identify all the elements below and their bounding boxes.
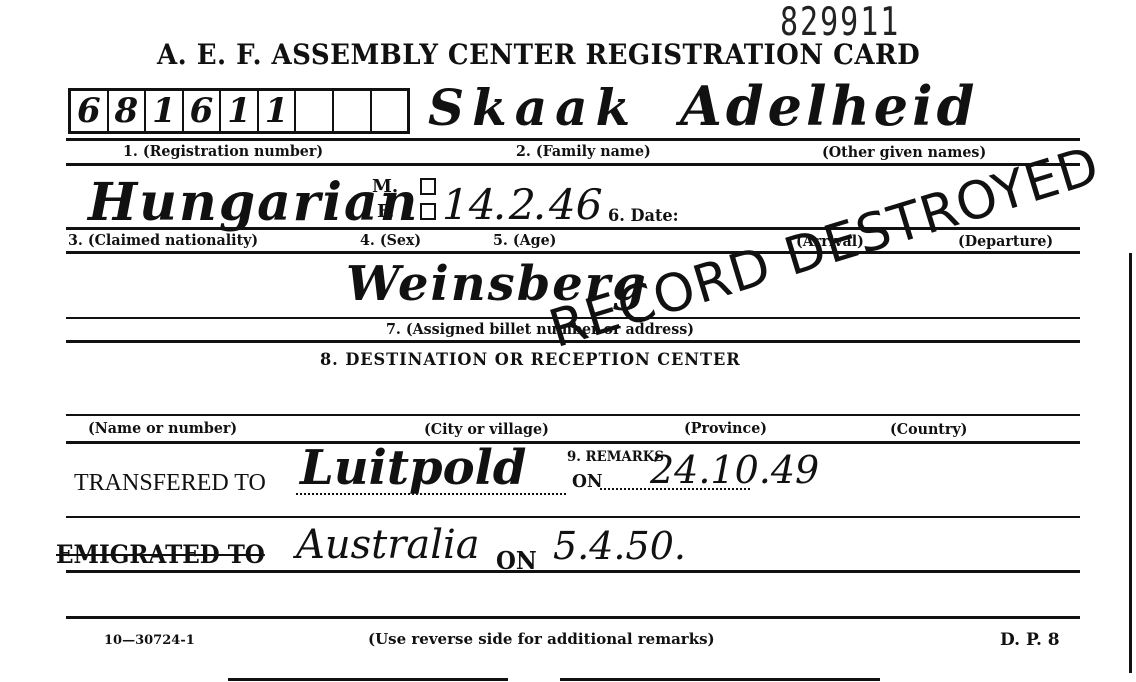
sex-m-label: M.: [372, 176, 398, 197]
reg-digit: 6: [184, 91, 222, 131]
sex-male-checkbox[interactable]: [420, 178, 436, 195]
age-value: 14.2.46: [437, 180, 608, 229]
family-name-value: Skaak: [428, 78, 638, 137]
transferred-to-label: TRANSFERED TO: [74, 470, 266, 497]
nationality-value: Hungarian: [88, 172, 419, 233]
transferred-to-value: Luitpold: [300, 440, 526, 496]
divider: [66, 138, 1080, 141]
card-edge: [1129, 253, 1132, 673]
destination-heading: 8. DESTINATION OR RECEPTION CENTER: [320, 350, 741, 370]
reg-digit: 6: [71, 91, 109, 131]
family-name-label: 2. (Family name): [516, 142, 651, 160]
reg-digit: [296, 91, 334, 131]
card-edge-bottom: [560, 678, 880, 681]
emigrated-date-value: 5.4.50.: [553, 524, 686, 568]
given-names-label: (Other given names): [822, 143, 986, 161]
divider: [66, 570, 1080, 573]
card-edge-bottom: [228, 678, 508, 681]
divider: [66, 441, 1080, 444]
form-code: D. P. 8: [1000, 630, 1060, 650]
age-label: 5. (Age): [493, 231, 556, 249]
divider: [66, 616, 1080, 619]
reg-digit: [372, 91, 408, 131]
sex-label: 4. (Sex): [360, 231, 421, 249]
destination-province-label: (Province): [684, 419, 767, 437]
registration-number-label: 1. (Registration number): [123, 142, 323, 160]
departure-label: (Departure): [958, 232, 1053, 250]
reg-digit: 1: [259, 91, 297, 131]
transferred-date-value: 24.10.49: [650, 448, 819, 492]
card-title: A. E. F. ASSEMBLY CENTER REGISTRATION CA…: [157, 38, 920, 71]
given-names-value: Adelheid: [680, 74, 978, 138]
divider: [66, 251, 1080, 254]
destination-country-label: (Country): [890, 420, 967, 438]
reg-digit: 1: [221, 91, 259, 131]
registration-number-box: 6 8 1 6 1 1: [68, 88, 410, 134]
form-number: 10—30724-1: [104, 633, 195, 648]
reg-digit: 1: [146, 91, 184, 131]
date-label: 6. Date:: [608, 206, 679, 226]
destination-name-label: (Name or number): [88, 419, 237, 437]
reg-digit: 8: [109, 91, 147, 131]
emigrated-to-label: EMIGRATED TO: [56, 540, 265, 569]
nationality-label: 3. (Claimed nationality): [68, 231, 258, 249]
divider: [66, 516, 1080, 518]
reg-digit: [334, 91, 372, 131]
transferred-on-label: ON: [572, 471, 603, 492]
sex-f-label: F.: [377, 201, 394, 222]
divider: [66, 414, 1080, 416]
sex-female-checkbox[interactable]: [420, 203, 436, 220]
footer-note: (Use reverse side for additional remarks…: [368, 630, 715, 648]
divider: [66, 163, 1080, 166]
destination-city-label: (City or village): [424, 420, 549, 438]
emigrated-to-value: Australia: [296, 522, 480, 568]
